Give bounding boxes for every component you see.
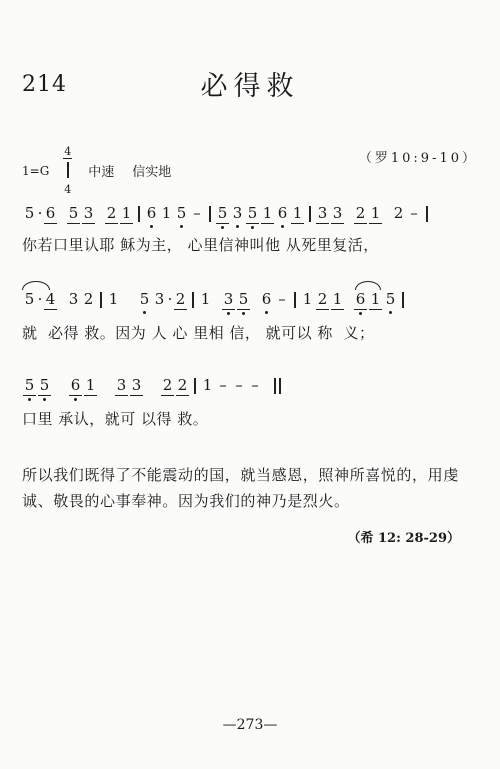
final-barline	[271, 375, 285, 399]
lyrics-line-2: 就 必得 救。因为 人 心 里相 信， 就可以 称 义；	[22, 322, 374, 343]
barline	[205, 203, 215, 227]
barline	[305, 203, 315, 227]
notation-line-1: 5·6 53 21 615– 535161 33 21 2–	[22, 203, 432, 227]
scripture-reference: （罗10:9-10）	[359, 147, 478, 166]
lyrics-line-1: 你若口里认耶 稣为主， 心里信神叫他 从死里复活，	[22, 234, 379, 255]
barline	[96, 289, 106, 313]
barline	[134, 203, 144, 227]
barline	[398, 289, 408, 313]
time-signature: 4 4	[63, 146, 72, 195]
notation-line-3: 55 61 33 22 1–––	[22, 375, 285, 399]
barline	[190, 375, 200, 399]
verse-reference: （希 12: 28-29）	[347, 527, 460, 546]
notation-line-2: 5·4 32 1 53·2 1 35 6– 121 61 5	[22, 289, 408, 313]
hymn-title: 必得救	[0, 64, 500, 103]
music-meta: 1=G 4 4 中速 信实地	[22, 146, 171, 195]
barline	[188, 289, 198, 313]
scripture-verse: 所以我们既得了不能震动的国，就当感恩，照神所喜悦的，用虔诚、敬畏的心事奉神。因为…	[22, 462, 482, 514]
lyrics-line-3: 口里 承认，就可 以得 救。	[22, 408, 208, 429]
page-number: —273—	[0, 717, 500, 733]
tempo-marking: 中速	[88, 161, 114, 180]
expression-marking: 信实地	[132, 161, 171, 180]
barline	[422, 203, 432, 227]
key-signature: 1=G	[22, 164, 49, 178]
barline	[290, 289, 300, 313]
